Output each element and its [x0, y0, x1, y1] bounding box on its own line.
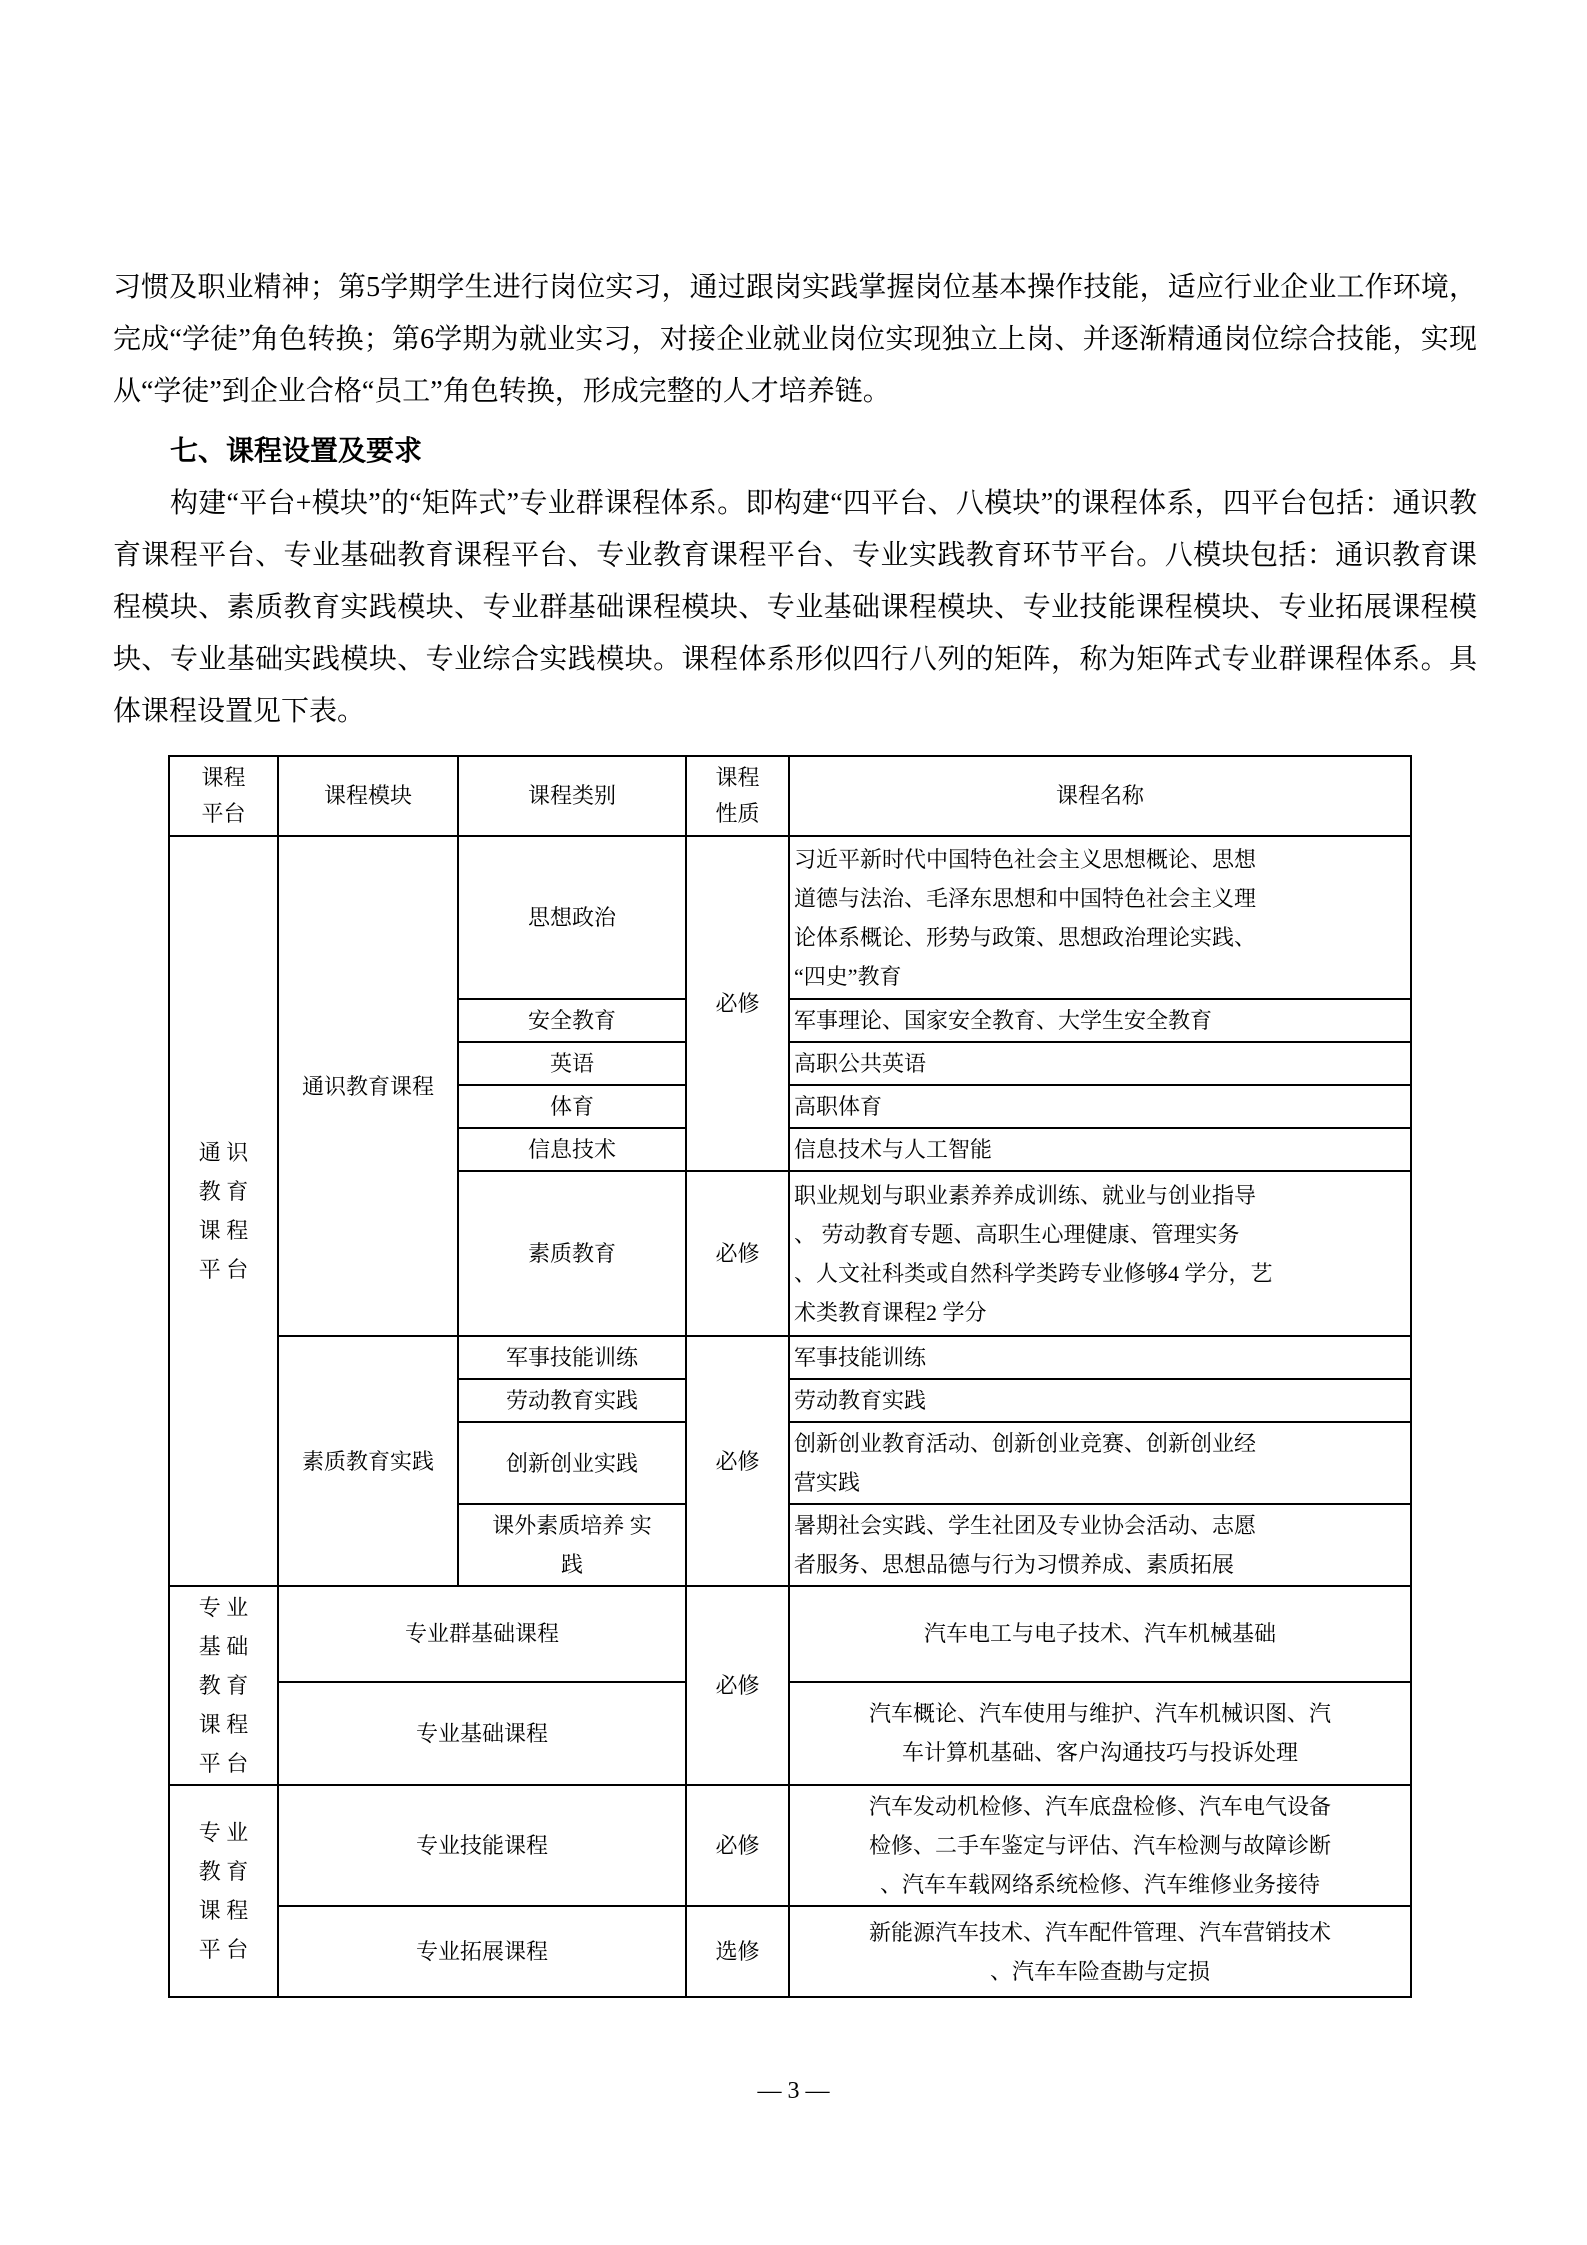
cell-category-it: 信息技术	[458, 1128, 686, 1171]
cell-nature-required-practice: 必修	[686, 1336, 789, 1586]
cell-courses-it: 信息技术与人工智能	[789, 1128, 1411, 1171]
table-row: 素质教育实践 军事技能训练 必修 军事技能训练	[169, 1336, 1411, 1379]
curriculum-table: 课程 平台 课程模块 课程类别 课程 性质 课程名称 通 识 教 育 课 程 平…	[168, 755, 1412, 1998]
table-row: 专 业 基 础 教 育 课 程 平 台 专业群基础课程 必修 汽车电工与电子技术…	[169, 1586, 1411, 1682]
cell-courses-professional-basic: 汽车概论、汽车使用与维护、汽车机械识图、汽 车计算机基础、客户沟通技巧与投诉处理	[789, 1682, 1411, 1785]
cell-module-professional-basic: 专业基础课程	[278, 1682, 686, 1785]
table-row: 专业基础课程 汽车概论、汽车使用与维护、汽车机械识图、汽 车计算机基础、客户沟通…	[169, 1682, 1411, 1785]
cell-nature-required-skill: 必修	[686, 1785, 789, 1906]
cell-module-group-basic: 专业群基础课程	[278, 1586, 686, 1682]
cell-courses-professional-skill: 汽车发动机检修、汽车底盘检修、汽车电气设备 检修、二手车鉴定与评估、汽车检测与故…	[789, 1785, 1411, 1906]
header-course-module: 课程模块	[278, 756, 458, 836]
cell-courses-military: 军事技能训练	[789, 1336, 1411, 1379]
cell-courses-pe: 高职体育	[789, 1085, 1411, 1128]
section-heading-curriculum: 七、课程设置及要求	[113, 426, 1477, 478]
cell-courses-quality: 职业规划与职业素养养成训练、就业与创业指导 、 劳动教育专题、高职生心理健康、管…	[789, 1171, 1411, 1336]
cell-category-military: 军事技能训练	[458, 1336, 686, 1379]
cell-category-innovation: 创新创业实践	[458, 1422, 686, 1504]
cell-platform-general-education: 通 识 教 育 课 程 平 台	[169, 836, 278, 1586]
cell-nature-required-general: 必修	[686, 836, 789, 1171]
table-header-row: 课程 平台 课程模块 课程类别 课程 性质 课程名称	[169, 756, 1411, 836]
cell-category-extracurricular: 课外素质培养 实 践	[458, 1504, 686, 1586]
cell-courses-safety: 军事理论、国家安全教育、大学生安全教育	[789, 999, 1411, 1042]
header-course-nature: 课程 性质	[686, 756, 789, 836]
cell-category-pe: 体育	[458, 1085, 686, 1128]
header-course-platform: 课程 平台	[169, 756, 278, 836]
paragraph-internship: 习惯及职业精神；第5学期学生进行岗位实习，通过跟岗实践掌握岗位基本操作技能，适应…	[113, 262, 1477, 418]
cell-module-professional-expand: 专业拓展课程	[278, 1906, 686, 1997]
cell-category-quality: 素质教育	[458, 1171, 686, 1336]
table-row: 专 业 教 育 课 程 平 台 专业技能课程 必修 汽车发动机检修、汽车底盘检修…	[169, 1785, 1411, 1906]
cell-module-general-courses: 通识教育课程	[278, 836, 458, 1336]
cell-nature-required-quality: 必修	[686, 1171, 789, 1336]
cell-courses-labor: 劳动教育实践	[789, 1379, 1411, 1422]
cell-courses-extracurricular: 暑期社会实践、学生社团及专业协会活动、志愿 者服务、思想品德与行为习惯养成、素质…	[789, 1504, 1411, 1586]
header-course-category: 课程类别	[458, 756, 686, 836]
cell-category-ideology: 思想政治	[458, 836, 686, 999]
cell-module-professional-skill: 专业技能课程	[278, 1785, 686, 1906]
cell-category-safety: 安全教育	[458, 999, 686, 1042]
cell-module-quality-practice: 素质教育实践	[278, 1336, 458, 1586]
cell-courses-ideology: 习近平新时代中国特色社会主义思想概论、思想 道德与法治、毛泽东思想和中国特色社会…	[789, 836, 1411, 999]
cell-nature-required-basic: 必修	[686, 1586, 789, 1785]
header-course-name: 课程名称	[789, 756, 1411, 836]
cell-category-labor: 劳动教育实践	[458, 1379, 686, 1422]
cell-nature-elective: 选修	[686, 1906, 789, 1997]
table-row: 专业拓展课程 选修 新能源汽车技术、汽车配件管理、汽车营销技术 、汽车车险查勘与…	[169, 1906, 1411, 1997]
table-row: 通 识 教 育 课 程 平 台 通识教育课程 思想政治 必修 习近平新时代中国特…	[169, 836, 1411, 999]
cell-courses-group-basic: 汽车电工与电子技术、汽车机械基础	[789, 1586, 1411, 1682]
cell-courses-professional-expand: 新能源汽车技术、汽车配件管理、汽车营销技术 、汽车车险查勘与定损	[789, 1906, 1411, 1997]
cell-courses-innovation: 创新创业教育活动、创新创业竞赛、创新创业经 营实践	[789, 1422, 1411, 1504]
cell-platform-professional-education: 专 业 教 育 课 程 平 台	[169, 1785, 278, 1997]
cell-courses-english: 高职公共英语	[789, 1042, 1411, 1085]
cell-category-english: 英语	[458, 1042, 686, 1085]
page-number: — 3 —	[0, 2076, 1587, 2106]
document-page: 习惯及职业精神；第5学期学生进行岗位实习，通过跟岗实践掌握岗位基本操作技能，适应…	[0, 0, 1587, 2245]
cell-platform-professional-basic: 专 业 基 础 教 育 课 程 平 台	[169, 1586, 278, 1785]
paragraph-curriculum-system: 构建“平台+模块”的“矩阵式”专业群课程体系。即构建“四平台、八模块”的课程体系…	[113, 478, 1477, 738]
